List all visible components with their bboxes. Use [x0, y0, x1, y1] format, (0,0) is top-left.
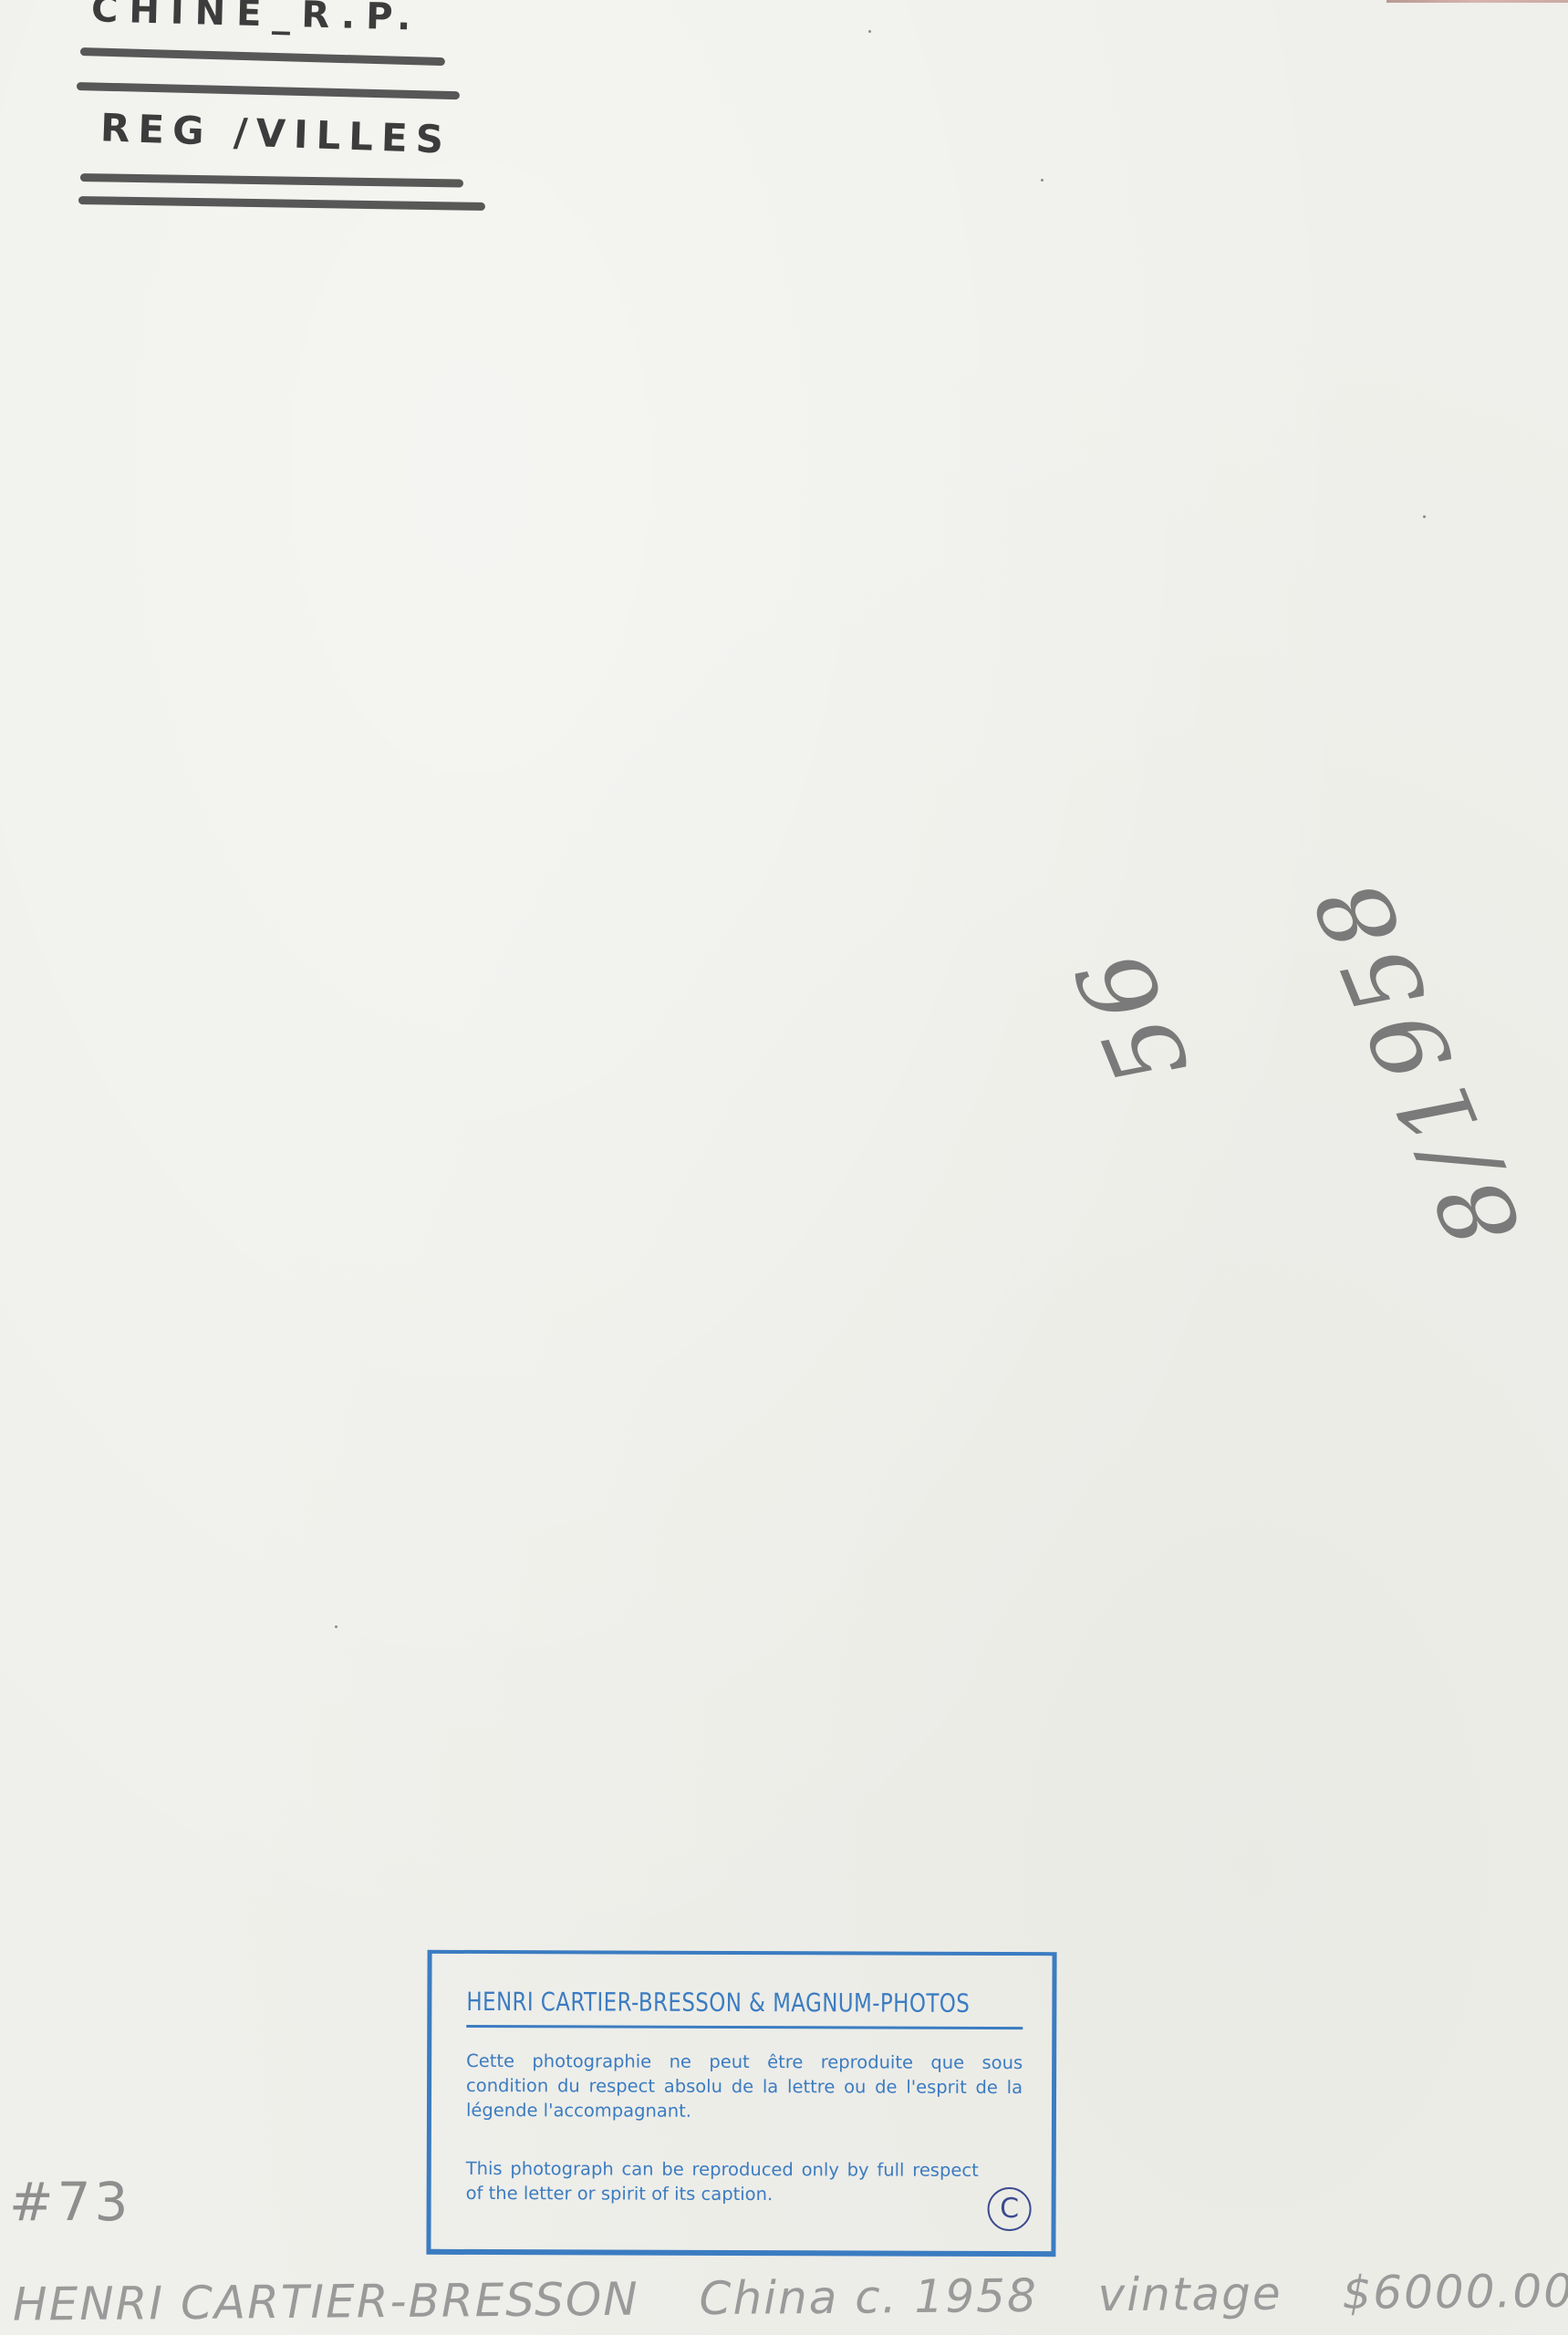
price-note: $6000.00: [1342, 2265, 1568, 2319]
paper-speck: [1423, 515, 1426, 518]
edition-note: vintage: [1097, 2268, 1282, 2322]
location-date: China c. 1958: [699, 2269, 1038, 2325]
subcategory-label: REG /VILLES: [99, 105, 452, 161]
marker-header: CHINE_R.P. REG /VILLES: [73, 0, 502, 219]
stamp-french-notice: Cette photographie ne peut être reprodui…: [466, 2049, 1023, 2124]
category-label: CHINE_R.P.: [90, 0, 422, 39]
paper-speck: [335, 1625, 337, 1628]
underline: [77, 82, 460, 99]
paper-speck: [1041, 179, 1044, 182]
stamp-title: HENRI CARTIER-BRESSON & MAGNUM-PHOTOS: [466, 1987, 970, 2018]
stamp-divider: [466, 2025, 1023, 2029]
item-number: #73: [9, 2171, 131, 2233]
stamp-english-notice: This photograph can be reproduced only b…: [466, 2156, 979, 2207]
underline: [78, 196, 485, 211]
copyright-icon: C: [988, 2187, 1032, 2231]
underline: [80, 173, 463, 188]
paper-edge: [1386, 0, 1568, 3]
paper-speck: [868, 30, 871, 33]
artist-name: HENRI CARTIER-BRESSON: [13, 2273, 639, 2331]
magnum-copyright-stamp: HENRI CARTIER-BRESSON & MAGNUM-PHOTOS Ce…: [426, 1950, 1056, 2257]
underline: [80, 47, 445, 66]
